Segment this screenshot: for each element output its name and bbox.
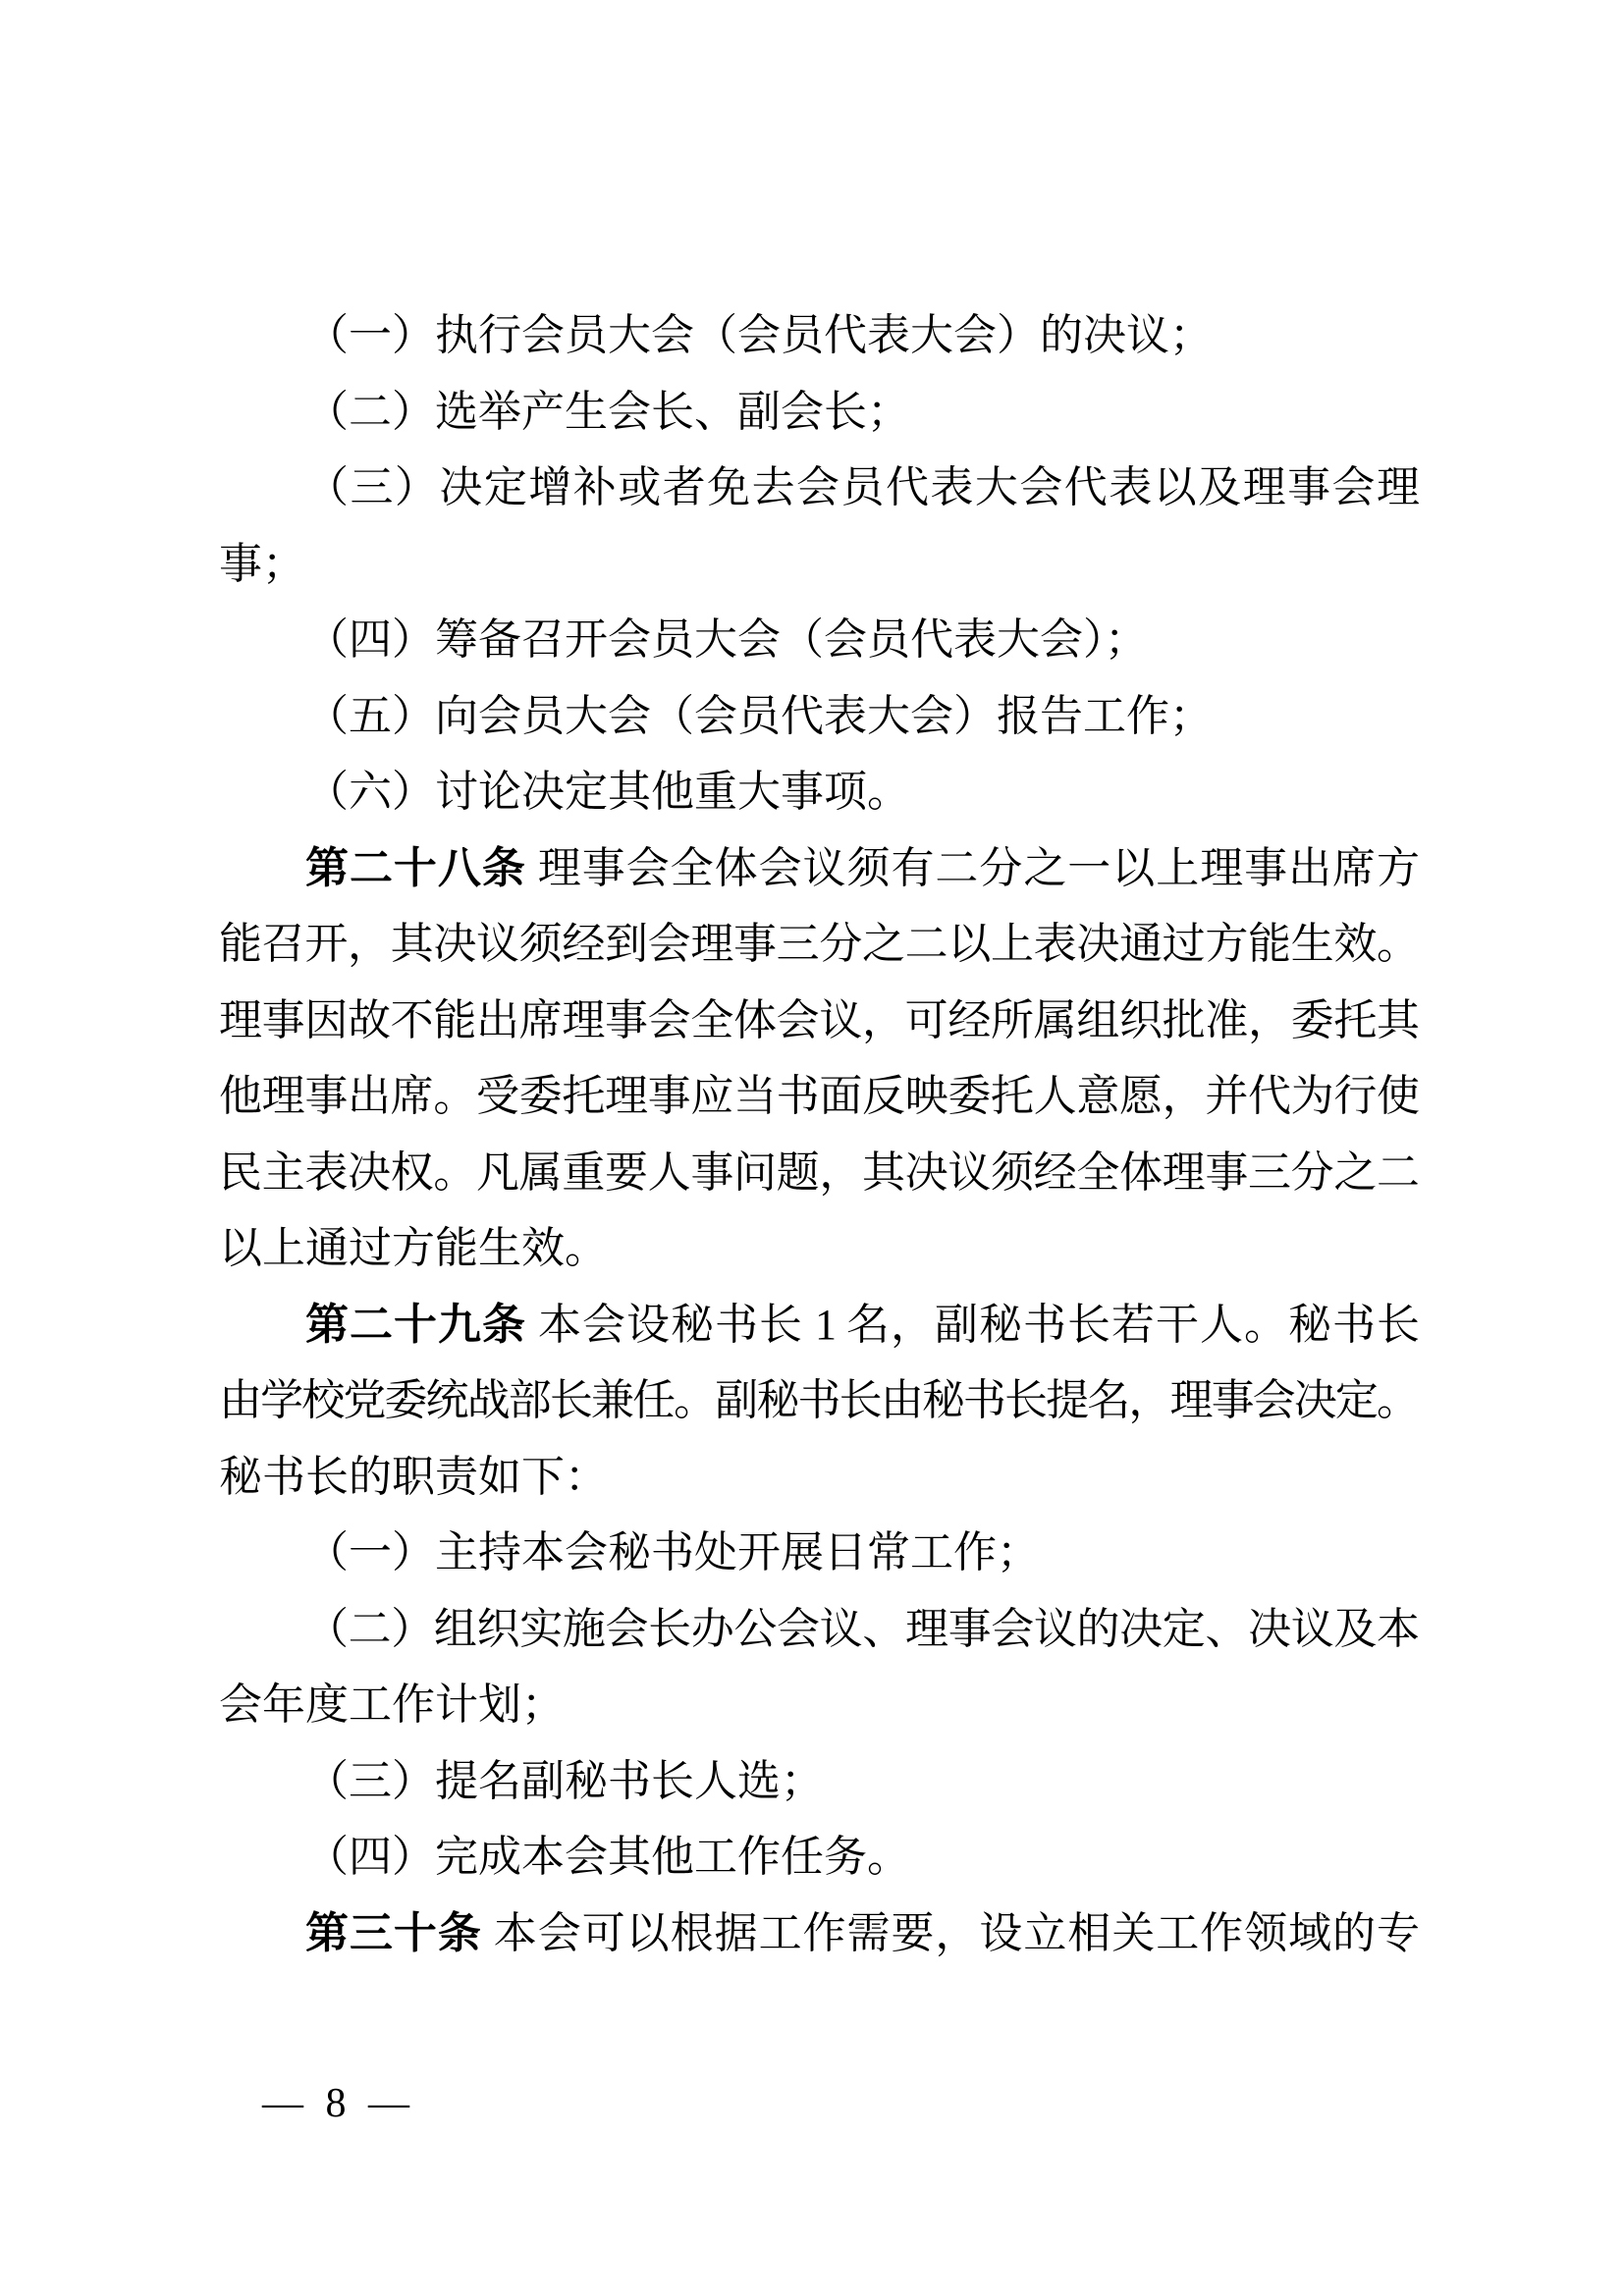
line-text: （四）完成本会其他工作任务。 [305, 1833, 910, 1881]
document-text-line: 能召开，其决议须经到会理事三分之二以上表决通过方能生效。 [219, 906, 1418, 983]
document-text-line: （六）讨论决定其他重大事项。 [219, 754, 1418, 830]
article-number: 第二十九条 [305, 1301, 526, 1349]
line-text: 会年度工作计划； [219, 1681, 565, 1729]
document-text-line: 以上通过方能生效。 [219, 1210, 1418, 1287]
article-number: 第二十八条 [305, 844, 526, 892]
page-number: — 8 — [262, 2081, 415, 2126]
document-text-line: 秘书长的职责如下： [219, 1439, 1418, 1516]
document-text-line: 理事因故不能出席理事会全体会议，可经所属组织批准，委托其 [219, 983, 1418, 1059]
document-text-line: （一）执行会员大会（会员代表大会）的决议； [219, 297, 1418, 374]
line-text: （一）执行会员大会（会员代表大会）的决议； [305, 311, 1213, 359]
line-text: （三）提名副秘书长人选； [305, 1757, 824, 1805]
document-text-line: （三）决定增补或者免去会员代表大会代表以及理事会理 [219, 450, 1418, 526]
document-body: （一）执行会员大会（会员代表大会）的决议； （二）选举产生会长、副会长； （三）… [219, 297, 1418, 1971]
line-text: 本会设秘书长 1 名，副秘书长若干人。秘书长 [526, 1301, 1418, 1349]
document-text-line: （四）完成本会其他工作任务。 [219, 1819, 1418, 1896]
line-text: （二）选举产生会长、副会长； [305, 388, 910, 436]
document-text-line: （一）主持本会秘书处开展日常工作； [219, 1515, 1418, 1591]
line-text: （六）讨论决定其他重大事项。 [305, 768, 910, 816]
document-text-line: 民主表决权。凡属重要人事问题，其决议须经全体理事三分之二 [219, 1135, 1418, 1211]
document-text-line: 事； [219, 526, 1418, 603]
line-text: （二）组织实施会长办公会议、理事会议的决定、决议及本 [305, 1605, 1418, 1653]
document-text-line: （四）筹备召开会员大会（会员代表大会）； [219, 602, 1418, 678]
line-text: （一）主持本会秘书处开展日常工作； [305, 1528, 1040, 1576]
line-text: 秘书长的职责如下： [219, 1453, 608, 1501]
document-text-line: 他理事出席。受委托理事应当书面反映委托人意愿，并代为行使 [219, 1058, 1418, 1135]
page-footer: — 8 — [197, 2042, 415, 2165]
document-text-line: （二）组织实施会长办公会议、理事会议的决定、决议及本 [219, 1591, 1418, 1668]
line-text: 由学校党委统战部长兼任。副秘书长由秘书长提名，理事会决定。 [219, 1376, 1418, 1424]
line-text: 理事因故不能出席理事会全体会议，可经所属组织批准，委托其 [219, 996, 1418, 1044]
line-text: 民主表决权。凡属重要人事问题，其决议须经全体理事三分之二 [219, 1148, 1418, 1197]
document-text-line: 会年度工作计划； [219, 1667, 1418, 1743]
document-text-line: 由学校党委统战部长兼任。副秘书长由秘书长提名，理事会决定。 [219, 1362, 1418, 1439]
line-text: 他理事出席。受委托理事应当书面反映委托人意愿，并代为行使 [219, 1072, 1418, 1120]
line-text: （五）向会员大会（会员代表大会）报告工作； [305, 692, 1213, 740]
line-text: （三）决定增补或者免去会员代表大会代表以及理事会理 [305, 463, 1418, 511]
document-text-line: （二）选举产生会长、副会长； [219, 374, 1418, 451]
document-text-line: （五）向会员大会（会员代表大会）报告工作； [219, 678, 1418, 755]
line-text: 能召开，其决议须经到会理事三分之二以上表决通过方能生效。 [219, 920, 1418, 968]
line-text: 事； [219, 540, 305, 588]
line-text: 理事会全体会议须有二分之一以上理事出席方 [526, 844, 1418, 892]
article-number: 第三十条 [305, 1909, 482, 1957]
line-text: 本会可以根据工作需要，设立相关工作领域的专 [482, 1909, 1418, 1957]
document-text-line: 第二十九条 本会设秘书长 1 名，副秘书长若干人。秘书长 [219, 1287, 1418, 1363]
document-text-line: 第二十八条 理事会全体会议须有二分之一以上理事出席方 [219, 830, 1418, 907]
document-text-line: 第三十条 本会可以根据工作需要，设立相关工作领域的专 [219, 1896, 1418, 1972]
line-text: 以上通过方能生效。 [219, 1224, 608, 1272]
document-text-line: （三）提名副秘书长人选； [219, 1743, 1418, 1820]
line-text: （四）筹备召开会员大会（会员代表大会）； [305, 615, 1148, 664]
